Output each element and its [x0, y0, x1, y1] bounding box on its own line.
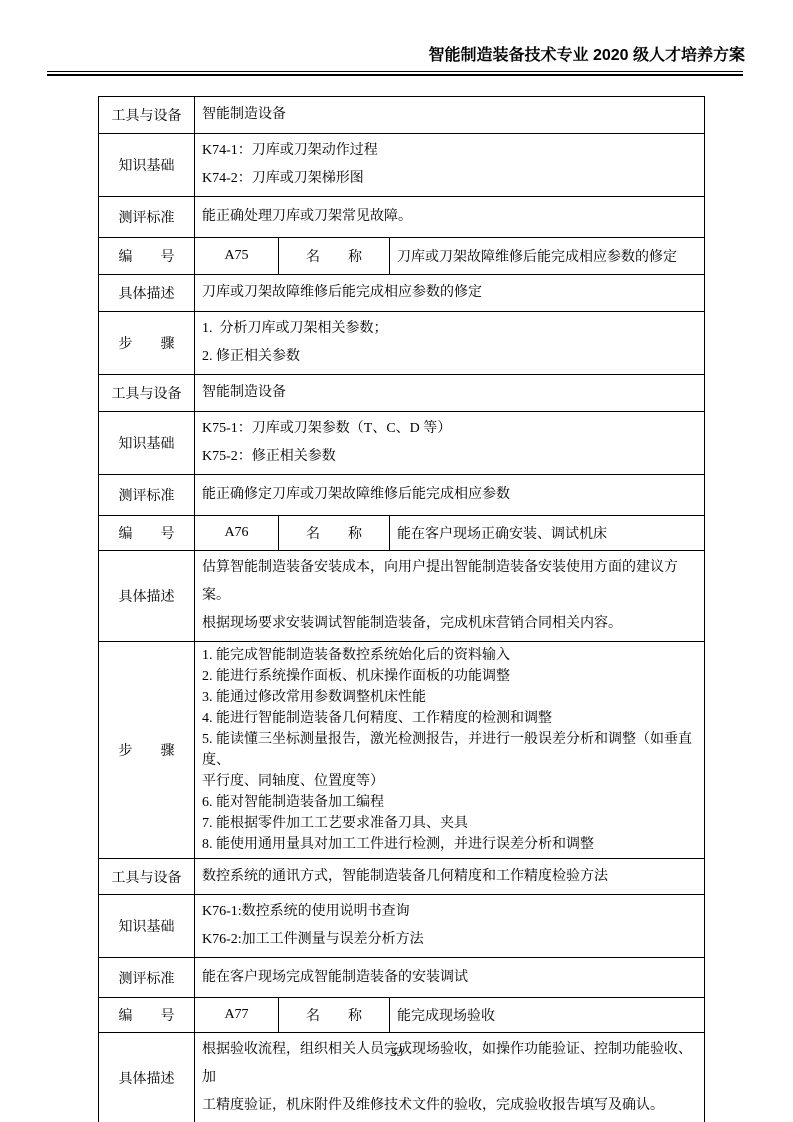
- name-cell: 刀库或刀架故障维修后能完成相应参数的修定: [389, 238, 704, 274]
- table-row: 具体描述 刀库或刀架故障维修后能完成相应参数的修定: [99, 274, 704, 311]
- cell-text: K74-2：刀库或刀架梯形图: [202, 165, 702, 193]
- cell-text: 2. 能进行系统操作面板、机床操作面板的功能调整: [202, 666, 702, 687]
- cell-text: K76-1:数控系统的使用说明书查询: [202, 898, 702, 926]
- cell-text: 1. 分析刀库或刀架相关参数；: [202, 315, 702, 343]
- row-content: K76-1:数控系统的使用说明书查询 K76-2:加工工件测量与误差分析方法: [194, 895, 704, 957]
- row-label: 工具与设备: [99, 859, 194, 894]
- table-row: 工具与设备 数控系统的通讯方式，智能制造装备几何精度和工作精度检验方法: [99, 858, 704, 894]
- cell-text: 能在客户现场完成智能制造装备的安装调试: [202, 964, 702, 992]
- row-label: 步 骤: [99, 642, 194, 858]
- code-cell: A77: [194, 998, 278, 1032]
- competency-table: 工具与设备 智能制造设备 知识基础 K74-1：刀库或刀架动作过程 K74-2：…: [98, 96, 705, 1122]
- cell-text: 3. 能通过修改常用参数调整机床性能: [202, 687, 702, 708]
- cell-text: 智能制造设备: [202, 379, 702, 407]
- row-label: 知识基础: [99, 895, 194, 957]
- row-content: 能正确处理刀库或刀架常见故障。: [194, 197, 704, 237]
- row-label: 工具与设备: [99, 375, 194, 411]
- table-row: 步 骤 1. 分析刀库或刀架相关参数； 2. 修正相关参数: [99, 311, 704, 374]
- name-cell: 能在客户现场正确安装、调试机床: [389, 516, 704, 550]
- cell-text: K74-1：刀库或刀架动作过程: [202, 137, 702, 165]
- cell-text: 能正确处理刀库或刀架常见故障。: [202, 203, 702, 231]
- name-cell: 能完成现场验收: [389, 998, 704, 1032]
- row-label: 测评标准: [99, 197, 194, 237]
- page: 智能制造装备技术专业 2020 级人才培养方案 工具与设备 智能制造设备 知识基…: [0, 0, 793, 1122]
- cell-text: 1. 能完成智能制造装备数控系统始化后的资料输入: [202, 645, 702, 666]
- cell-text: 估算智能制造装备安装成本，向用户提出智能制造装备安装使用方面的建议方案。: [202, 554, 702, 610]
- row-label: 知识基础: [99, 412, 194, 474]
- row-content: 能正确修定刀库或刀架故障维修后能完成相应参数: [194, 475, 704, 515]
- cell-text: 4. 能进行智能制造装备几何精度、工作精度的检测和调整: [202, 708, 702, 729]
- cell-text: 平行度、同轴度、位置度等）: [202, 771, 702, 792]
- row-content: 估算智能制造装备安装成本，向用户提出智能制造装备安装使用方面的建议方案。 根据现…: [194, 551, 704, 641]
- row-label: 步 骤: [99, 312, 194, 374]
- row-label: 具体描述: [99, 275, 194, 311]
- cell-text: K75-1：刀库或刀架参数（T、C、D 等）: [202, 415, 702, 443]
- table-row: 工具与设备 智能制造设备: [99, 97, 704, 133]
- code-cell: A75: [194, 238, 278, 274]
- row-content: 1. 能完成智能制造装备数控系统始化后的资料输入 2. 能进行系统操作面板、机床…: [194, 642, 704, 858]
- name-label-cell: 名 称: [278, 998, 389, 1032]
- table-row: 测评标准 能正确处理刀库或刀架常见故障。: [99, 196, 704, 237]
- row-label: 具体描述: [99, 551, 194, 641]
- table-row-id: 编 号 A77 名 称 能完成现场验收: [99, 997, 704, 1032]
- table-row: 步 骤 1. 能完成智能制造装备数控系统始化后的资料输入 2. 能进行系统操作面…: [99, 641, 704, 858]
- row-content: 1. 分析刀库或刀架相关参数； 2. 修正相关参数: [194, 312, 704, 374]
- cell-text: 智能制造设备: [202, 101, 702, 129]
- cell-text: 2. 修正相关参数: [202, 343, 702, 371]
- table-row: 测评标准 能在客户现场完成智能制造装备的安装调试: [99, 957, 704, 997]
- table-row: 知识基础 K75-1：刀库或刀架参数（T、C、D 等） K75-2：修正相关参数: [99, 411, 704, 474]
- row-content: 智能制造设备: [194, 97, 704, 133]
- row-label: 编 号: [99, 516, 194, 550]
- table-row-id: 编 号 A75 名 称 刀库或刀架故障维修后能完成相应参数的修定: [99, 237, 704, 274]
- code-cell: A76: [194, 516, 278, 550]
- cell-text: 根据现场要求安装调试智能制造装备，完成机床营销合同相关内容。: [202, 610, 702, 638]
- cell-text: 7. 能根据零件加工工艺要求准备刀具、夹具: [202, 813, 702, 834]
- cell-text: 5. 能读懂三坐标测量报告，激光检测报告，并进行一般误差分析和调整（如垂直度、: [202, 729, 702, 771]
- cell-text: 6. 能对智能制造装备加工编程: [202, 792, 702, 813]
- row-label: 工具与设备: [99, 97, 194, 133]
- row-content: 能在客户现场完成智能制造装备的安装调试: [194, 958, 704, 997]
- table-row: 知识基础 K76-1:数控系统的使用说明书查询 K76-2:加工工件测量与误差分…: [99, 894, 704, 957]
- row-content: 智能制造设备: [194, 375, 704, 411]
- row-label: 编 号: [99, 998, 194, 1032]
- name-label-cell: 名 称: [278, 516, 389, 550]
- cell-text: 数控系统的通讯方式，智能制造装备几何精度和工作精度检验方法: [202, 863, 702, 891]
- page-number: 33: [0, 1044, 793, 1060]
- row-content: K74-1：刀库或刀架动作过程 K74-2：刀库或刀架梯形图: [194, 134, 704, 196]
- row-label: 编 号: [99, 238, 194, 274]
- document-header-title: 智能制造装备技术专业 2020 级人才培养方案: [429, 42, 746, 65]
- row-content: K75-1：刀库或刀架参数（T、C、D 等） K75-2：修正相关参数: [194, 412, 704, 474]
- table-row: 知识基础 K74-1：刀库或刀架动作过程 K74-2：刀库或刀架梯形图: [99, 133, 704, 196]
- table-row: 工具与设备 智能制造设备: [99, 374, 704, 411]
- row-label: 测评标准: [99, 958, 194, 997]
- table-row: 具体描述 估算智能制造装备安装成本，向用户提出智能制造装备安装使用方面的建议方案…: [99, 550, 704, 641]
- cell-text: K75-2：修正相关参数: [202, 443, 702, 471]
- table-row: 测评标准 能正确修定刀库或刀架故障维修后能完成相应参数: [99, 474, 704, 515]
- cell-text: 刀库或刀架故障维修后能完成相应参数的修定: [202, 279, 702, 307]
- table-row-id: 编 号 A76 名 称 能在客户现场正确安装、调试机床: [99, 515, 704, 550]
- row-label: 知识基础: [99, 134, 194, 196]
- row-label: 测评标准: [99, 475, 194, 515]
- header-rule: [47, 71, 743, 76]
- row-content: 刀库或刀架故障维修后能完成相应参数的修定: [194, 275, 704, 311]
- cell-text: 能正确修定刀库或刀架故障维修后能完成相应参数: [202, 481, 702, 509]
- name-label-cell: 名 称: [278, 238, 389, 274]
- cell-text: K76-2:加工工件测量与误差分析方法: [202, 926, 702, 954]
- row-content: 数控系统的通讯方式，智能制造装备几何精度和工作精度检验方法: [194, 859, 704, 894]
- cell-text: 工精度验证，机床附件及维修技术文件的验收，完成验收报告填写及确认。: [202, 1092, 702, 1120]
- cell-text: 8. 能使用通用量具对加工工件进行检测，并进行误差分析和调整: [202, 834, 702, 855]
